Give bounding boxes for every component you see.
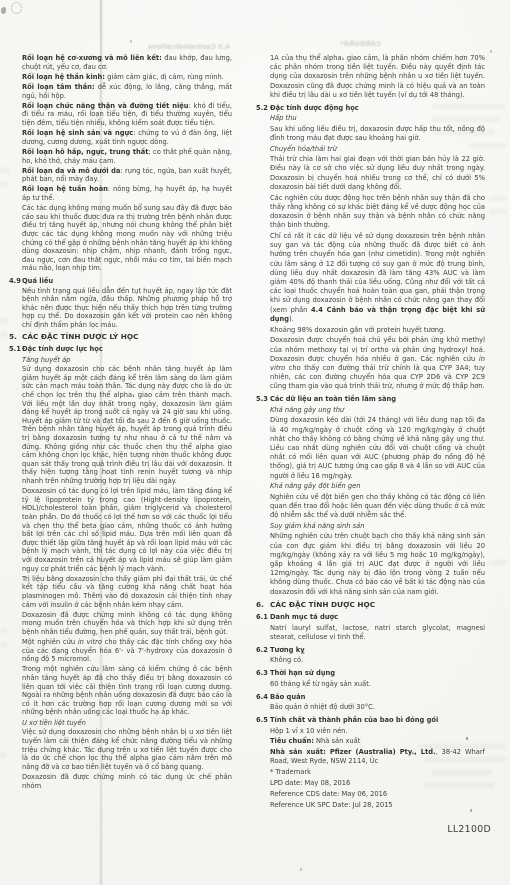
text-run: LPD date: May 08, 2016 [270,779,350,787]
paragraph: Rối loạn hệ sinh sản và ngực: chứng to v… [22,129,232,146]
text-run: Đặc tính dược lực học [22,345,103,353]
text-run: Trị liệu bằng doxazosin cho thấy giảm ph… [22,575,232,609]
paragraph: Rối loạn chức năng thận và đường tiết ni… [22,102,232,128]
paragraph: * Trademark [270,768,485,777]
text-run: Doxazosin đã được chứng minh có tác dụng… [22,773,232,790]
paragraph: Không có. [270,656,485,665]
paragraph: Rối loạn hệ thần kinh: giảm cảm giác, dị… [22,73,232,82]
italic-subheading: Khả năng gây ung thư [270,406,485,415]
paragraph: Nếu tình trạng quá liều dẫn đến tụt huyế… [22,287,232,330]
text-run: Doxazosin đã được chứng minh không có tá… [22,611,232,636]
subsection-heading: 4.9Quá liều [22,277,232,286]
paragraph: Những nghiên cứu trên chuột bạch cho thấ… [270,532,485,596]
section-heading: 5.CÁC ĐẶC TÍNH DƯỢC LÝ HỌC [22,333,232,342]
text-run: CÁC ĐẶC TÍNH DƯỢC LÝ HỌC [22,332,138,341]
text-run: Sử dụng doxazosin cho các bệnh nhân tăng… [22,365,232,485]
paragraph: Reference CDS date: May 06, 2016 [270,790,485,799]
document-code: LL2100D [447,824,491,835]
italic-subheading: U xơ tiền liệt tuyến [22,719,232,728]
text-run: Danh mục tá dược [270,613,338,621]
showthrough-smudge [0,642,7,647]
scan-artifact-blob [1,7,6,14]
paragraph: Reference UK SPC Date: Jul 28, 2015 [270,801,485,810]
paragraph: Tiêu chuẩn: Nhà sản xuất [270,737,485,746]
section-number: 5.2 [256,104,268,113]
text-run: Nghiên cứu về đột biến gen cho thấy khôn… [270,493,485,519]
paragraph: Doxazosin đã được chứng minh có tác dụng… [22,773,232,790]
text-run: Việc sử dụng doxazosin cho những bệnh nh… [22,728,232,770]
italic-subheading: Chuyển hóa/thải trừ [270,145,485,154]
subsection-heading: 6.3Thời hạn sử dụng [270,669,485,678]
showthrough-smudge [489,560,507,565]
text-run: Rối loạn hệ cơ-xương và mô liên kết: [22,54,162,62]
paragraph: LPD date: May 08, 2016 [270,779,485,788]
showthrough-smudge [489,209,507,214]
text-run: Không có. [270,656,303,664]
paragraph: 1A của thụ thể alpha₁ giao cảm, là phân … [270,54,485,100]
text-run: U xơ tiền liệt tuyến [22,719,86,727]
paragraph: Doxazosin được chuyển hoá chủ yếu bởi ph… [270,336,485,391]
italic-subheading: Khả năng gây đột biến gen [270,482,485,491]
text-run: Rối loạn hệ tuần hoàn [22,185,108,193]
section-number: 5. [9,333,17,342]
text-run: Bảo quản ở nhiệt độ dưới 30°C. [270,703,375,711]
section-number: 6.2 [256,646,268,655]
paragraph: Các tác dụng không mong muốn bổ sung sau… [22,204,232,273]
showthrough-text: 4.3 Contraindications [148,43,230,51]
text-run: Thời hạn sử dụng [270,669,335,677]
section-number: 5.3 [256,395,268,404]
text-run: Rối loạn hệ sinh sản và ngực [22,129,133,137]
subsection-heading: 5.1Đặc tính dược lực học [22,345,232,354]
text-run: in vitro [78,638,102,646]
section-number: 5.1 [9,345,21,354]
text-run: Chỉ có rất ít các dữ liệu về sử dụng dox… [270,232,485,314]
subsection-heading: 6.5Tính chất và thành phần của bao bì đó… [270,716,485,725]
text-run: Reference UK SPC Date: Jul 28, 2015 [270,801,393,809]
showthrough-text: CARDURA* [340,40,381,48]
text-run: cho thấy con đường thải trừ chính là qua… [270,364,485,390]
text-run: Tính chất và thành phần của bao bì đóng … [270,716,438,724]
text-run: Khả năng gây đột biến gen [270,482,360,490]
text-run: Các tác dụng không mong muốn bổ sung sau… [22,204,232,272]
paragraph: Rối loạn hệ tuần hoàn: nóng bừng, hạ huy… [22,185,232,202]
subsection-heading: 6.2Tương kỵ [270,646,485,655]
paragraph: Chỉ có rất ít các dữ liệu về sử dụng dox… [270,232,485,324]
text-run: Đặc tính dược động học [270,104,359,112]
text-run: Tiêu chuẩn: [270,737,314,745]
text-run: Thải trừ chia làm hai giai đoạn với thời… [270,155,485,191]
text-run: Rối loạn chức năng thận và đường tiết ni… [22,102,189,110]
subsection-heading: 6.4Bảo quản [270,693,485,702]
showthrough-smudge [0,182,8,187]
paragraph: Rối loạn hô hấp, ngực, trung thất: co th… [22,148,232,165]
text-run: Hấp thu [270,114,297,122]
text-run: CÁC ĐẶC TÍNH DƯỢC HỌC [270,600,375,609]
paragraph: Trong một nghiên cứu lâm sàng có kiểm ch… [22,665,232,717]
text-run: Tương kỵ [270,646,305,654]
text-run: Reference CDS date: May 06, 2016 [270,790,387,798]
scan-artifact-ring [11,2,22,14]
section-number: 6.3 [256,669,268,678]
section-heading: 6.CÁC ĐẶC TÍNH DƯỢC HỌC [270,600,485,609]
section-number: 6.1 [256,613,268,622]
paragraph: Một nghiên cứu in vitro cho thấy các đặc… [22,638,232,664]
paragraph: Việc sử dụng doxazosin cho những bệnh nh… [22,728,232,771]
text-run: Quá liều [22,277,53,285]
text-run: Nhà sản xuất [314,737,360,745]
paragraph: Dùng doxazosin kéo dài (tới 24 tháng) vớ… [270,416,485,480]
text-run: Rối loạn tâm thần: [22,83,95,91]
text-run: Bảo quản [270,693,305,701]
text-run: Khả năng gây ung thư [270,406,344,414]
section-number: 4.9 [9,277,21,286]
paragraph: Doxazosin đã được chứng minh không có tá… [22,611,232,637]
section-number: 6.5 [256,716,268,725]
text-run: Rối loạn hô hấp, ngực, trung thất [22,148,148,156]
paragraph: Rối loạn hệ cơ-xương và mô liên kết: đau… [22,54,232,71]
text-run: * Trademark [270,768,311,776]
paragraph: 60 tháng kể từ ngày sản xuất. [270,680,485,689]
text-run: Dùng doxazosin kéo dài (tới 24 tháng) vớ… [270,416,485,479]
italic-subheading: Tăng huyết áp [22,356,232,365]
text-run: Sau khi uống liều điều trị, doxazosin đư… [270,125,485,142]
text-run: Rối loạn hệ thần kinh: [22,73,105,81]
section-number: 6.4 [256,693,268,702]
text-run: Một nghiên cứu [22,638,78,646]
paragraph: Rối loạn tâm thần: dễ xúc động, lo lắng,… [22,83,232,100]
section-number: 6. [256,600,264,609]
subsection-heading: 6.1Danh mục tá dược [270,613,485,622]
showthrough-smudge [0,318,9,323]
paragraph: Sử dụng doxazosin cho các bệnh nhân tăng… [22,365,232,485]
italic-subheading: Hấp thu [270,114,485,123]
text-run: Doxazosin có tác dụng có lợi trên lipid … [22,487,232,572]
leaflet-page: 4.3 Contraindications CARDURA* Rối loạn … [0,0,510,885]
showthrough-smudge [489,196,507,201]
paragraph: Nhà sản xuất: Pfizer (Australia) Pty., L… [270,748,485,766]
text-run: 1A của thụ thể alpha₁ giao cảm, là phân … [270,54,485,99]
paragraph: Bảo quản ở nhiệt độ dưới 30°C. [270,703,485,712]
italic-subheading: Suy giảm khả năng sinh sản [270,522,485,531]
paragraph: Natri lauryl sulfat, lactose, natri star… [270,624,485,642]
paragraph: Nghiên cứu về đột biến gen cho thấy khôn… [270,493,485,521]
text-run: Các dữ liệu an toàn tiền lâm sàng [270,395,396,403]
showthrough-smudge [0,332,7,337]
paragraph: Trị liệu bằng doxazosin cho thấy giảm ph… [22,575,232,609]
text-run: Những nghiên cứu trên chuột bạch cho thấ… [270,532,485,595]
text-run: Tăng huyết áp [22,356,70,364]
text-run: Rối loạn da và mô dưới da [22,167,120,175]
text-run: Nếu tình trạng quá liều dẫn đến tụt huyế… [22,287,232,329]
paragraph: Thải trừ chia làm hai giai đoạn với thời… [270,155,485,192]
text-run: Các nghiên cứu dược động học trên bệnh n… [270,194,485,230]
paragraph: Rối loạn da và mô dưới da: rụng tóc, ngứ… [22,167,232,184]
text-run: Chuyển hóa/thải trừ [270,145,337,153]
paragraph: Sau khi uống liều điều trị, doxazosin đư… [270,125,485,143]
text-run: Khoảng 98% doxazosin gắn với protein huy… [270,326,445,334]
text-run: Nhà sản xuất: Pfizer (Australia) Pty., L… [270,748,436,756]
subsection-heading: 5.3Các dữ liệu an toàn tiền lâm sàng [270,395,485,404]
text-run: 60 tháng kể từ ngày sản xuất. [270,680,371,688]
paragraph: Hộp 1 vỉ x 10 viên nén. [270,727,485,736]
text-run: ). [289,315,294,323]
paragraph: Khoảng 98% doxazosin gắn với protein huy… [270,326,485,335]
text-run: Hộp 1 vỉ x 10 viên nén. [270,727,348,735]
right-column: 1A của thụ thể alpha₁ giao cảm, là phân … [256,54,485,811]
subsection-heading: 5.2Đặc tính dược động học [270,104,485,113]
showthrough-smudge [0,628,7,633]
text-run: Natri lauryl sulfat, lactose, natri star… [270,624,485,641]
text-run: giảm cảm giác, dị cảm, rùng mình. [105,73,224,81]
text-run: Suy giảm khả năng sinh sản [270,522,364,530]
text-run: Doxazosin được chuyển hoá chủ yếu bởi ph… [270,336,485,362]
left-column: Rối loạn hệ cơ-xương và mô liên kết: đau… [9,54,232,792]
paragraph: Các nghiên cứu dược động học trên bệnh n… [270,194,485,231]
showthrough-smudge [0,752,6,757]
text-run: Trong một nghiên cứu lâm sàng có kiểm ch… [22,665,232,716]
paragraph: Doxazosin có tác dụng có lợi trên lipid … [22,487,232,573]
